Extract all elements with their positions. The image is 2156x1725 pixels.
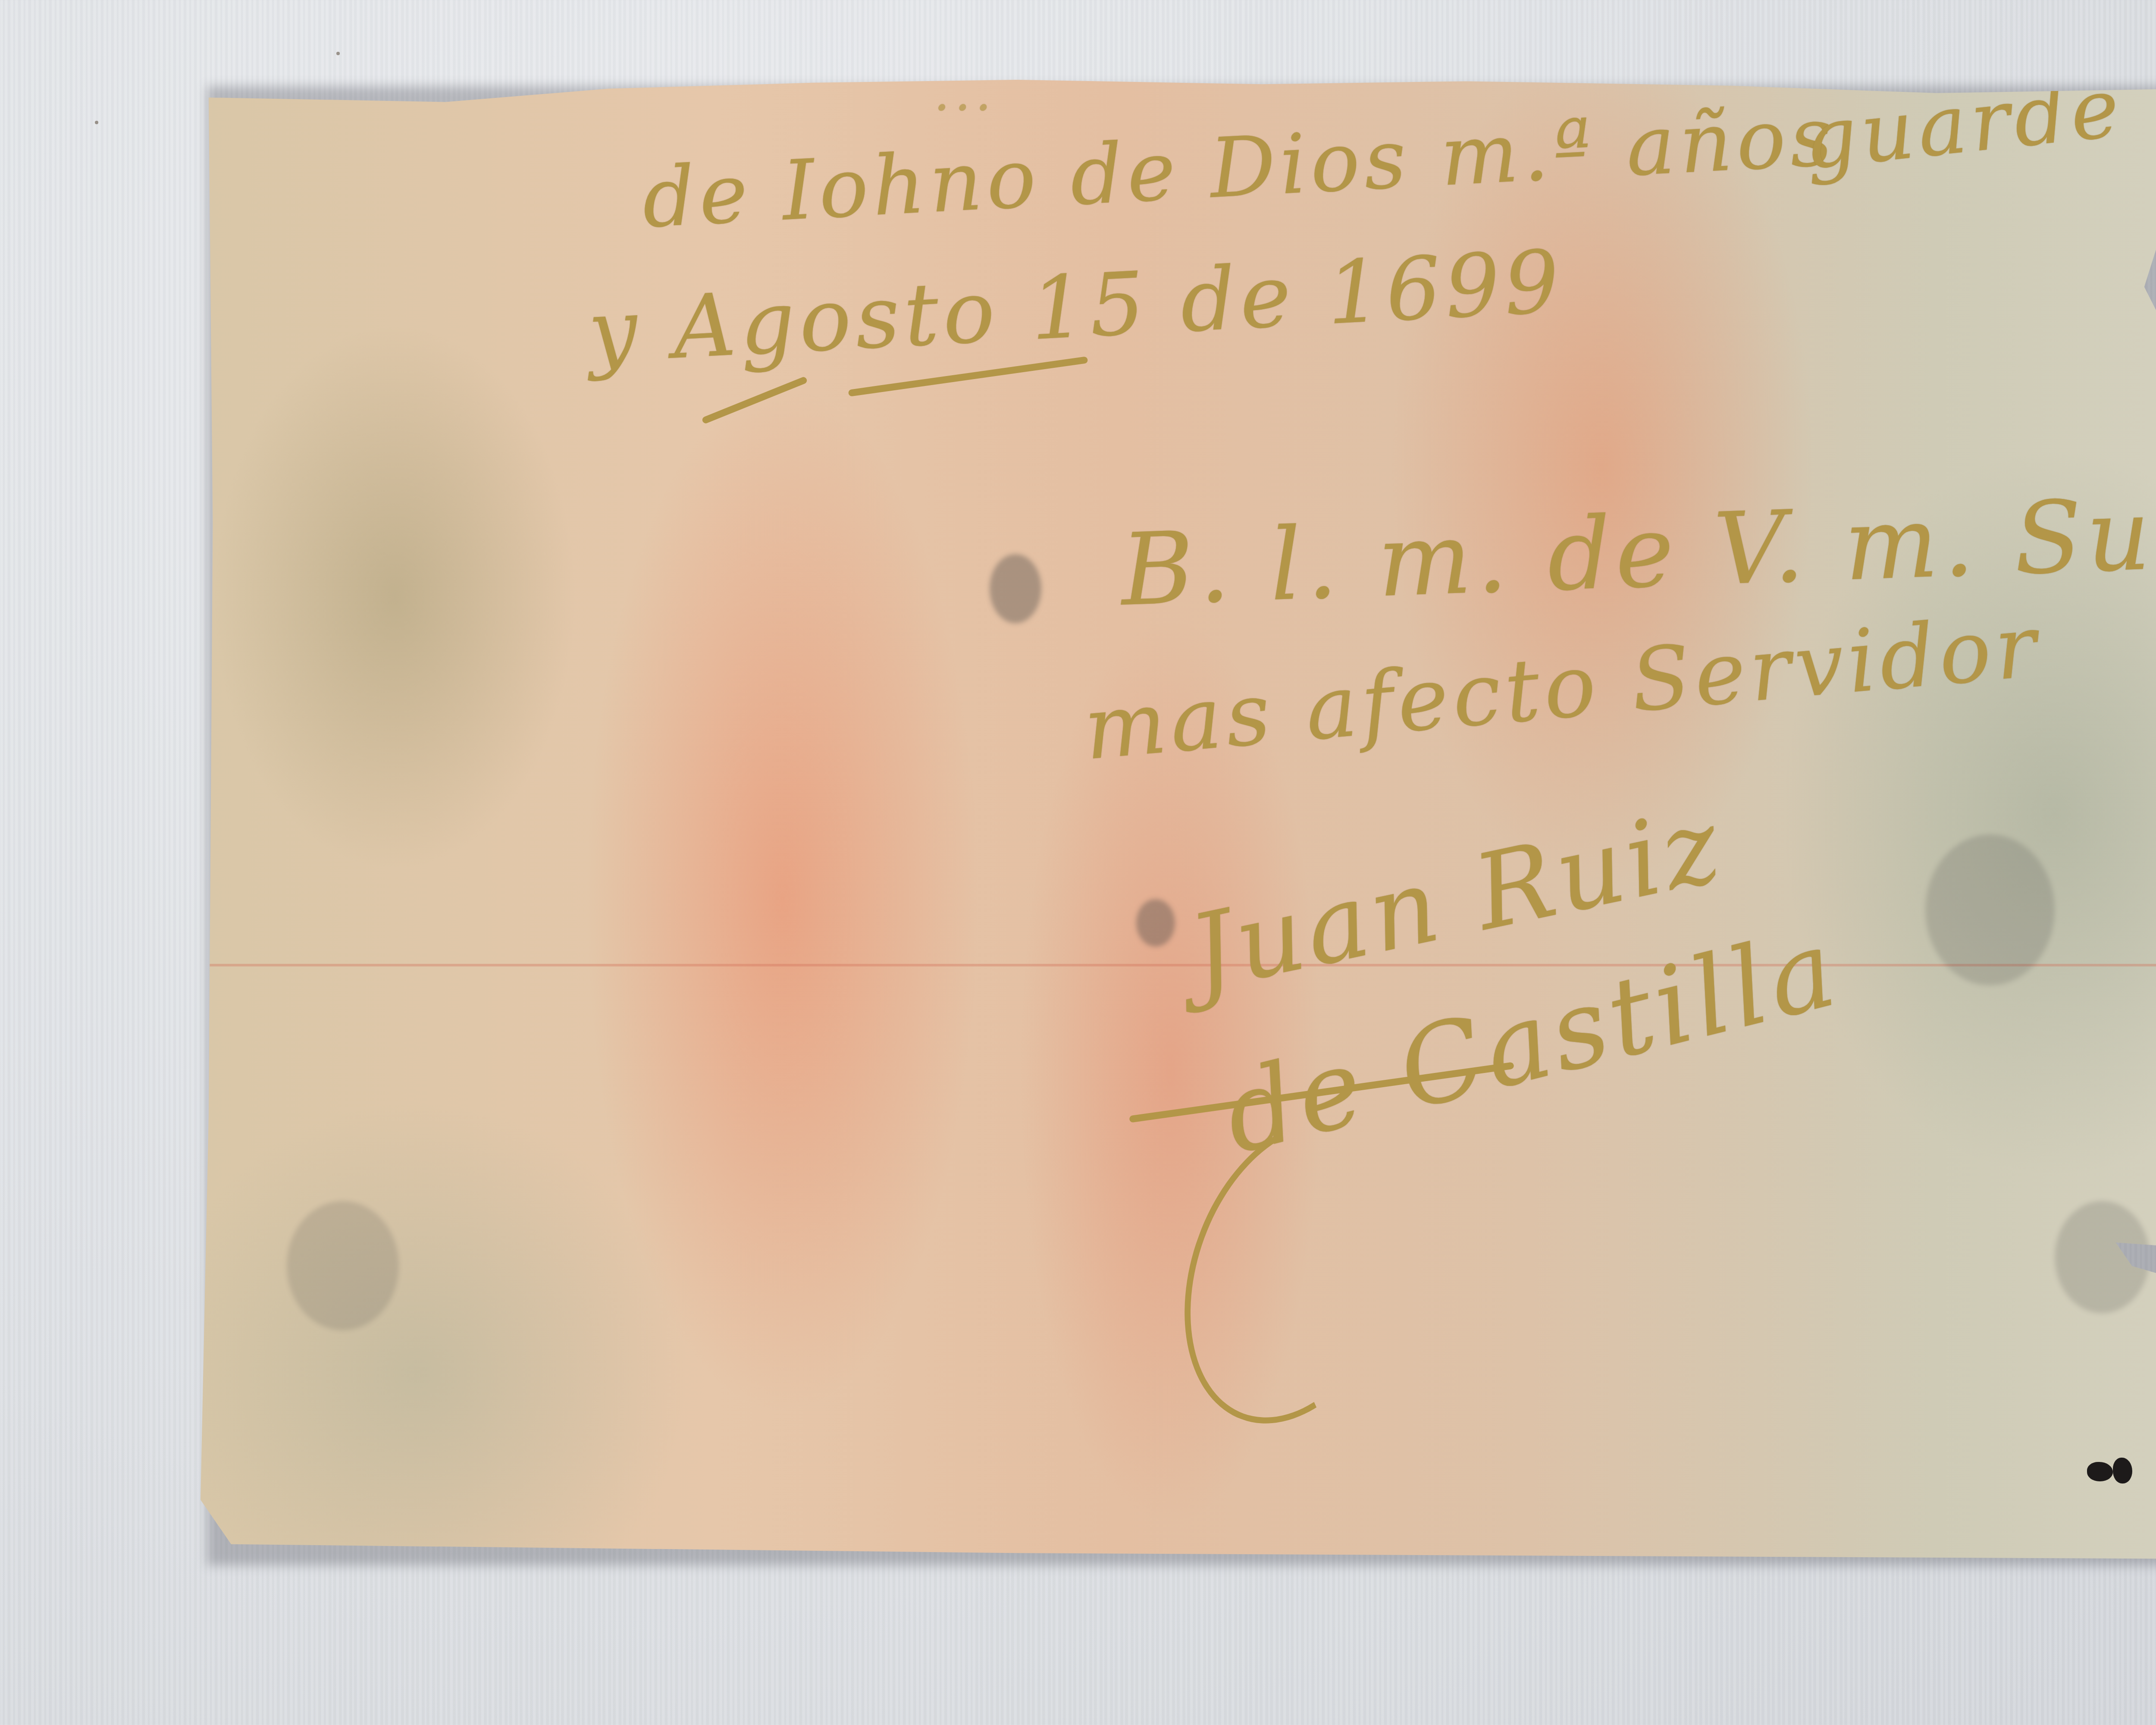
mold-spot (1925, 834, 2055, 985)
mold-spot (1136, 899, 1175, 947)
ink-blot (2113, 1458, 2132, 1483)
text-line-1: de Iohno de Dios m.ª años (640, 88, 1839, 246)
mold-spot (990, 554, 1041, 623)
dust-speck (336, 52, 340, 55)
mold-spot (287, 1201, 399, 1330)
date-underline (701, 376, 808, 424)
signature-flourish (1145, 1089, 1446, 1455)
dust-speck (95, 121, 98, 124)
manuscript-sheet: ... de Iohno de Dios m.ª años guarde y A… (201, 80, 2156, 1559)
fold-line (201, 964, 2156, 966)
ink-blot (2087, 1462, 2113, 1481)
